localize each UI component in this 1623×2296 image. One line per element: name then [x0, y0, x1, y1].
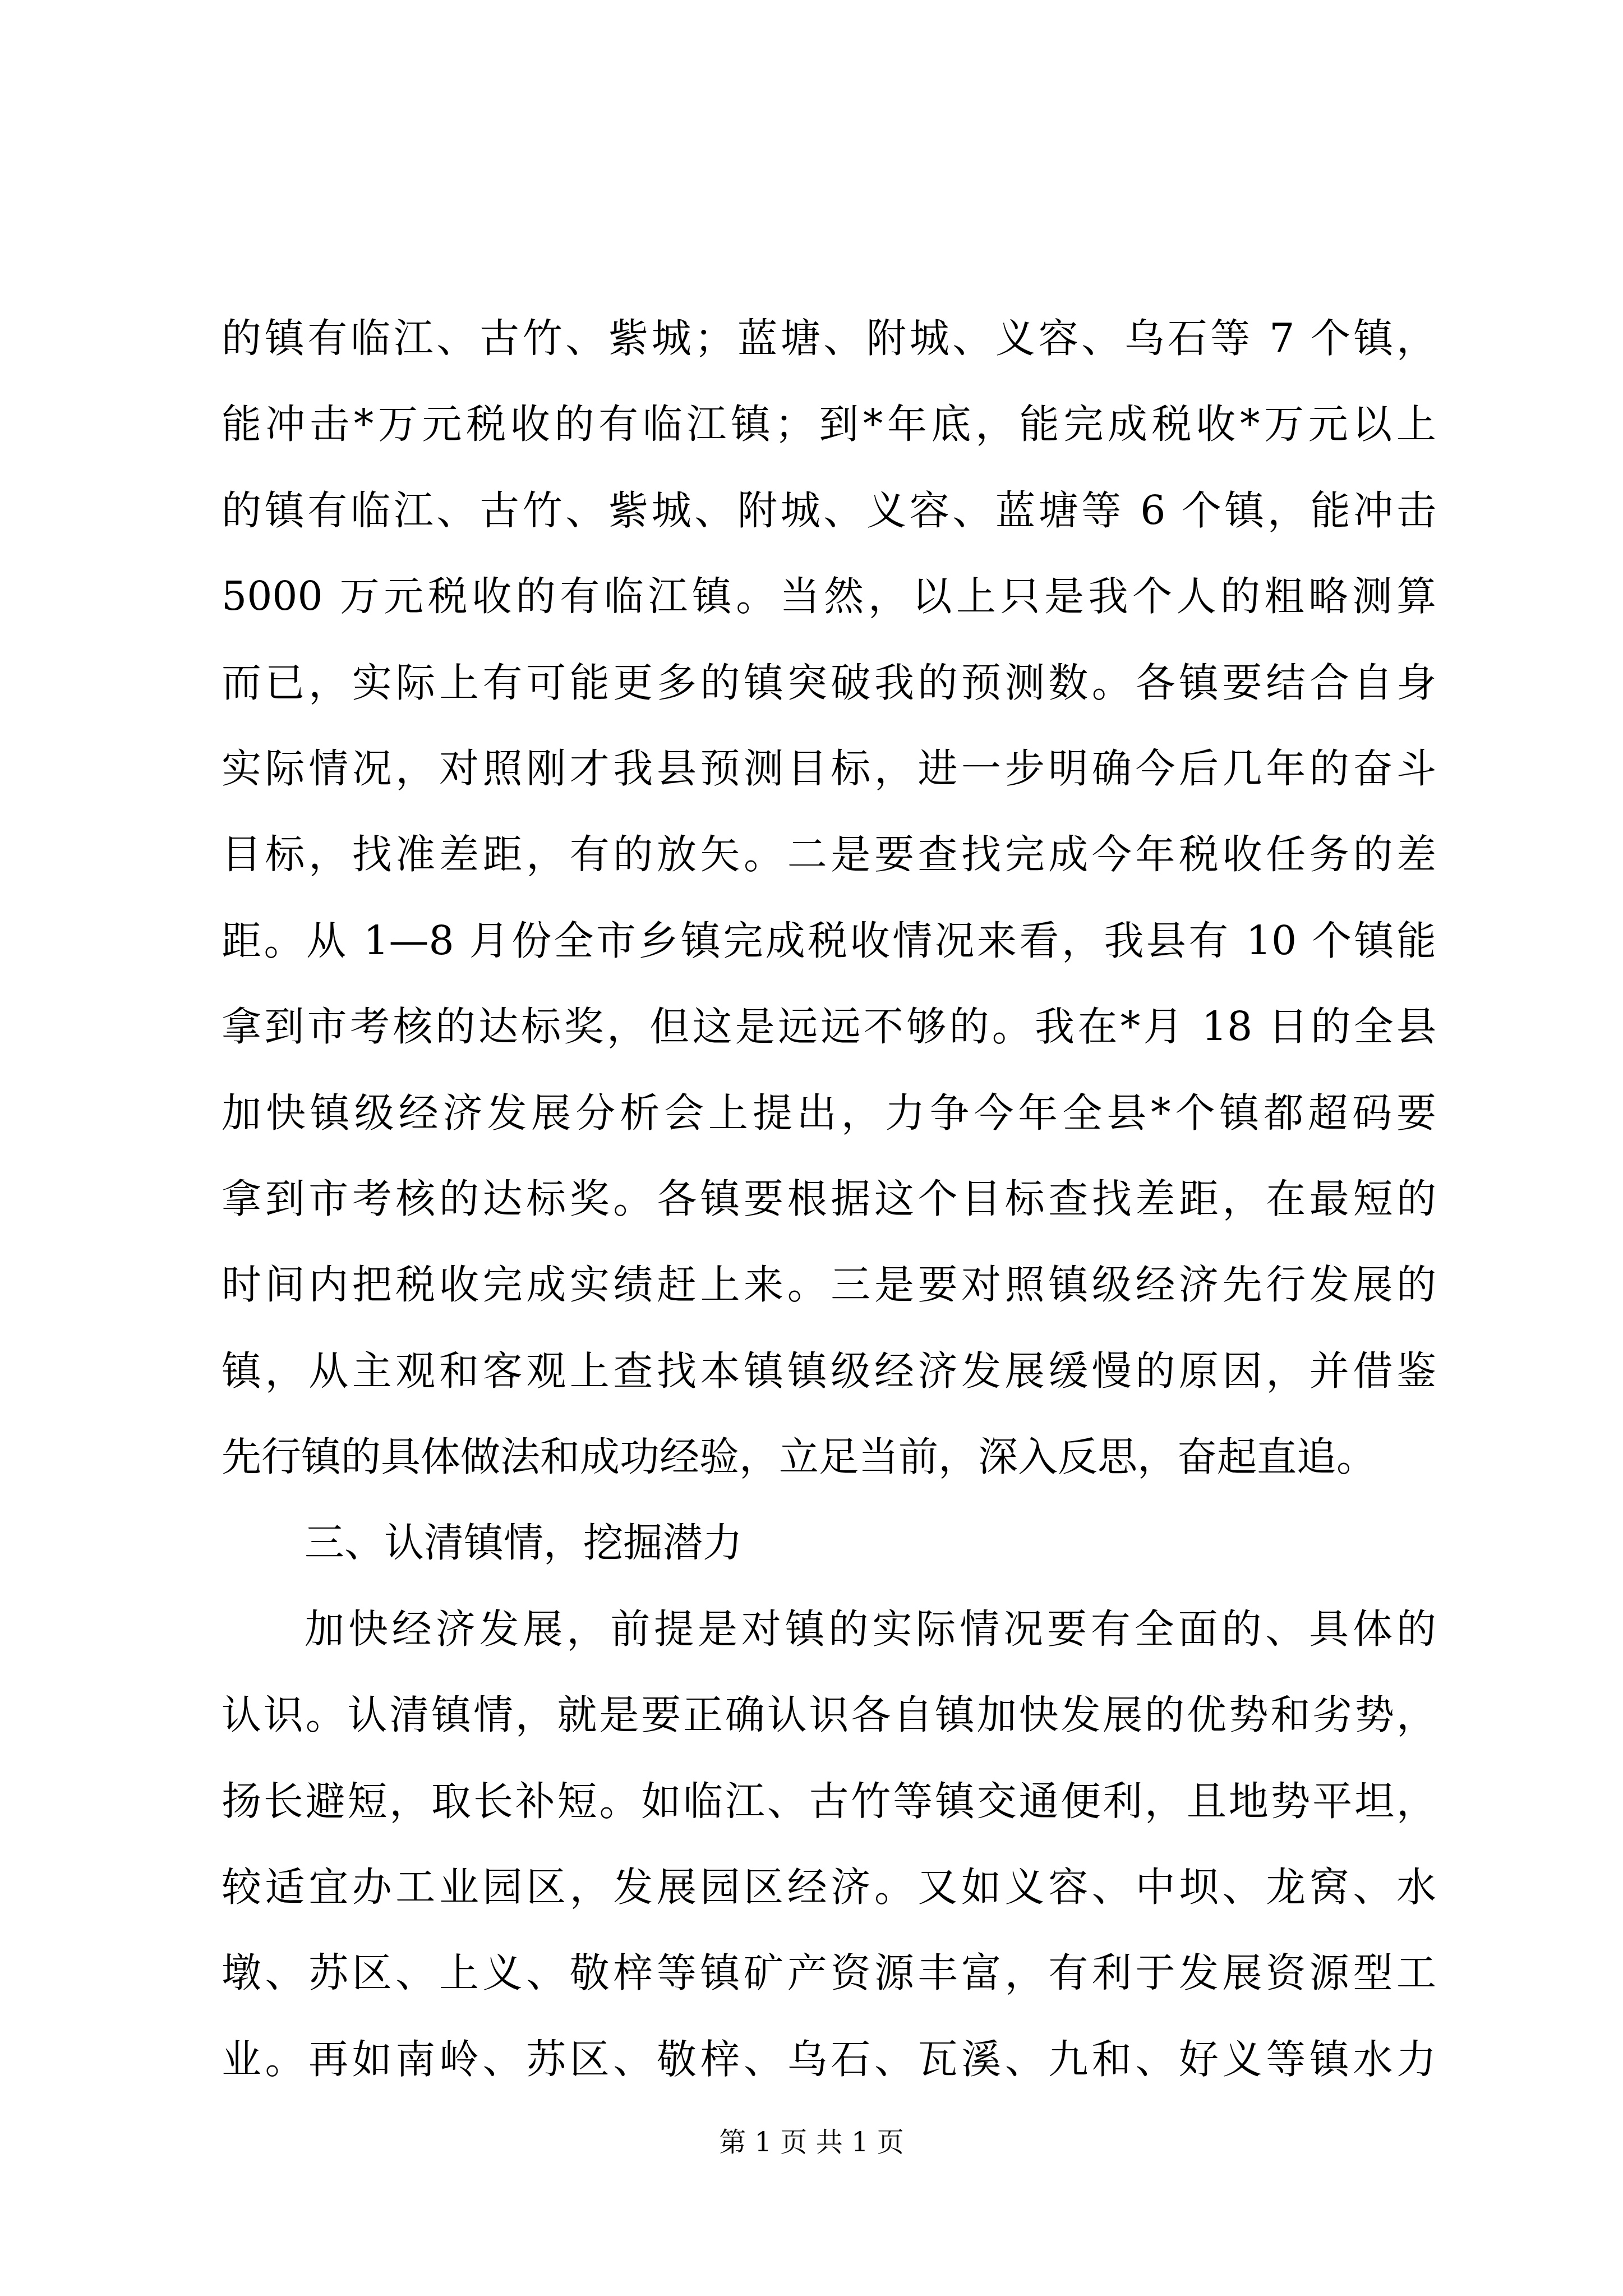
text-line: 拿到市考核的达标奖。各镇要根据这个目标查找差距，在最短的 — [222, 1156, 1436, 1241]
text-line: 扬长避短，取长补短。如临江、古竹等镇交通便利，且地势平坦， — [222, 1758, 1436, 1844]
text-line: 目标，找准差距，有的放矢。二是要查找完成今年税收任务的差 — [222, 811, 1436, 897]
text-line: 墩、苏区、上义、敬梓等镇矿产资源丰富，有利于发展资源型工 — [222, 1930, 1436, 2016]
text-line: 拿到市考核的达标奖，但这是远远不够的。我在*月 18 日的全县 — [222, 983, 1436, 1069]
text-line: 先行镇的具体做法和成功经验，立足当前，深入反思，奋起直追。 — [222, 1414, 1436, 1499]
text-line: 加快镇级经济发展分析会上提出，力争今年全县*个镇都超码要 — [222, 1070, 1436, 1156]
document-body: 的镇有临江、古竹、紫城；蓝塘、附城、义容、乌石等 7 个镇， 能冲击*万元税收的… — [222, 295, 1436, 2102]
text-line: 加快经济发展，前提是对镇的实际情况要有全面的、具体的 — [222, 1586, 1436, 1672]
document-page: 的镇有临江、古竹、紫城；蓝塘、附城、义容、乌石等 7 个镇， 能冲击*万元税收的… — [0, 0, 1623, 2296]
text-line: 5000 万元税收的有临江镇。当然，以上只是我个人的粗略测算 — [222, 553, 1436, 639]
section-heading: 三、认清镇情，挖掘潜力 — [222, 1499, 1436, 1585]
text-line: 实际情况，对照刚才我县预测目标，进一步明确今后几年的奋斗 — [222, 725, 1436, 811]
text-line: 的镇有临江、古竹、紫城、附城、义容、蓝塘等 6 个镇，能冲击 — [222, 467, 1436, 553]
text-line: 较适宜办工业园区，发展园区经济。又如义容、中坝、龙窝、水 — [222, 1844, 1436, 1930]
text-line: 而已，实际上有可能更多的镇突破我的预测数。各镇要结合自身 — [222, 639, 1436, 725]
text-line: 距。从 1—8 月份全市乡镇完成税收情况来看，我县有 10 个镇能 — [222, 898, 1436, 983]
text-line: 镇，从主观和客观上查找本镇镇级经济发展缓慢的原因，并借鉴 — [222, 1328, 1436, 1414]
text-line: 业。再如南岭、苏区、敬梓、乌石、瓦溪、九和、好义等镇水力 — [222, 2016, 1436, 2102]
text-line: 的镇有临江、古竹、紫城；蓝塘、附城、义容、乌石等 7 个镇， — [222, 295, 1436, 381]
page-footer: 第 1 页 共 1 页 — [0, 2123, 1623, 2162]
page-number-label: 第 1 页 共 1 页 — [719, 2127, 903, 2158]
text-line: 认识。认清镇情，就是要正确认识各自镇加快发展的优势和劣势， — [222, 1672, 1436, 1757]
text-line: 能冲击*万元税收的有临江镇；到*年底，能完成税收*万元以上 — [222, 381, 1436, 467]
text-line: 时间内把税收完成实绩赶上来。三是要对照镇级经济先行发展的 — [222, 1241, 1436, 1327]
